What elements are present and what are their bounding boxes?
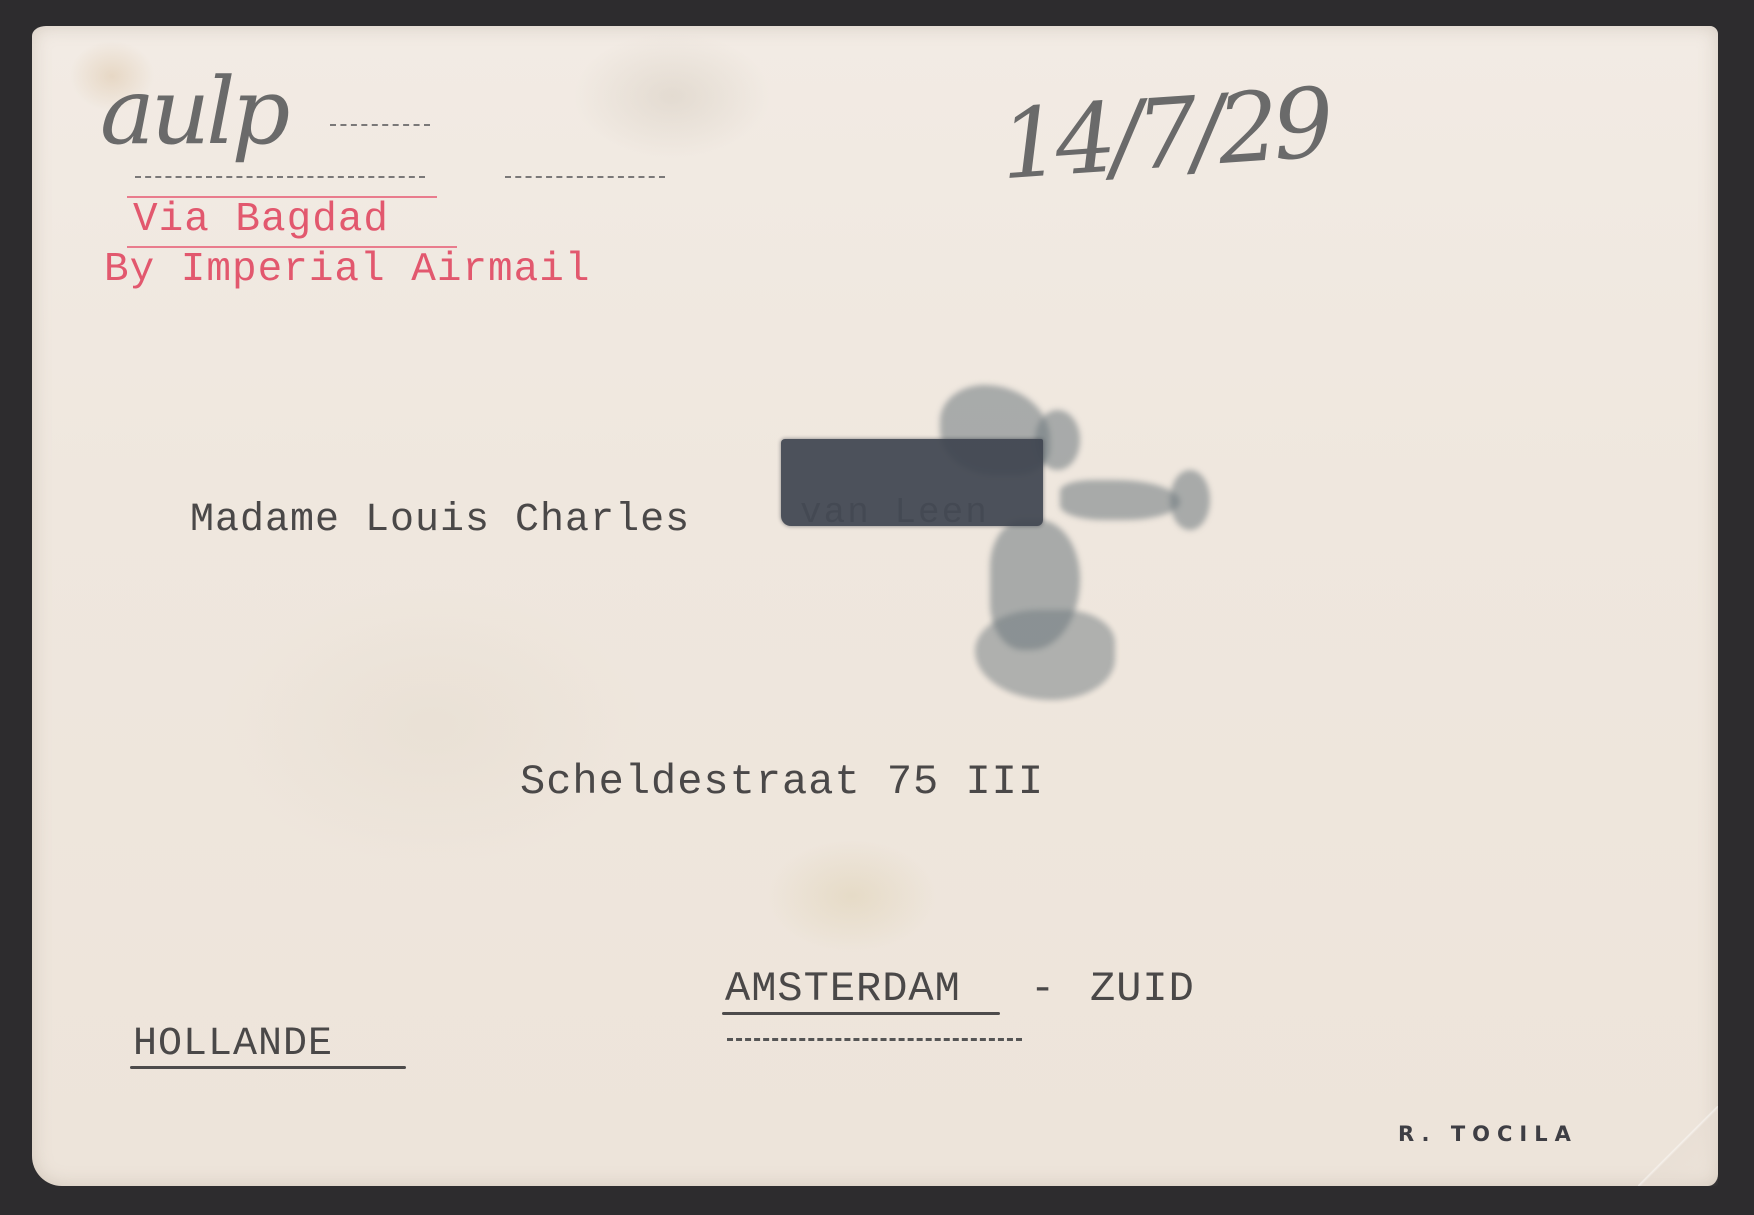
pencil-note-top-left: aulp xyxy=(100,58,286,165)
city: AMSTERDAM xyxy=(725,965,961,1013)
typed-dash-line xyxy=(505,176,665,178)
city-separator: - xyxy=(1030,965,1056,1013)
redaction-block xyxy=(781,439,1043,526)
addressee-name: Madame Louis Charles xyxy=(190,498,690,543)
typed-dash-line xyxy=(330,124,430,126)
city-underline xyxy=(722,1012,1000,1015)
routing-airmail: By Imperial Airmail xyxy=(104,247,590,293)
typed-dash-line xyxy=(135,176,425,178)
country-underline xyxy=(130,1066,406,1069)
city-dash-underline xyxy=(727,1038,1022,1041)
district: ZUID xyxy=(1090,965,1195,1013)
pencil-date: 14/7/29 xyxy=(996,67,1331,202)
routing-via: Via Bagdad xyxy=(133,197,389,243)
sender-stamp: R. TOCILA xyxy=(1398,1122,1578,1146)
ink-stain xyxy=(1060,480,1180,520)
country: HOLLANDE xyxy=(133,1022,333,1067)
street-address: Scheldestraat 75 III xyxy=(520,758,1044,806)
ink-stain xyxy=(1170,470,1210,530)
folded-corner xyxy=(1638,1106,1718,1186)
